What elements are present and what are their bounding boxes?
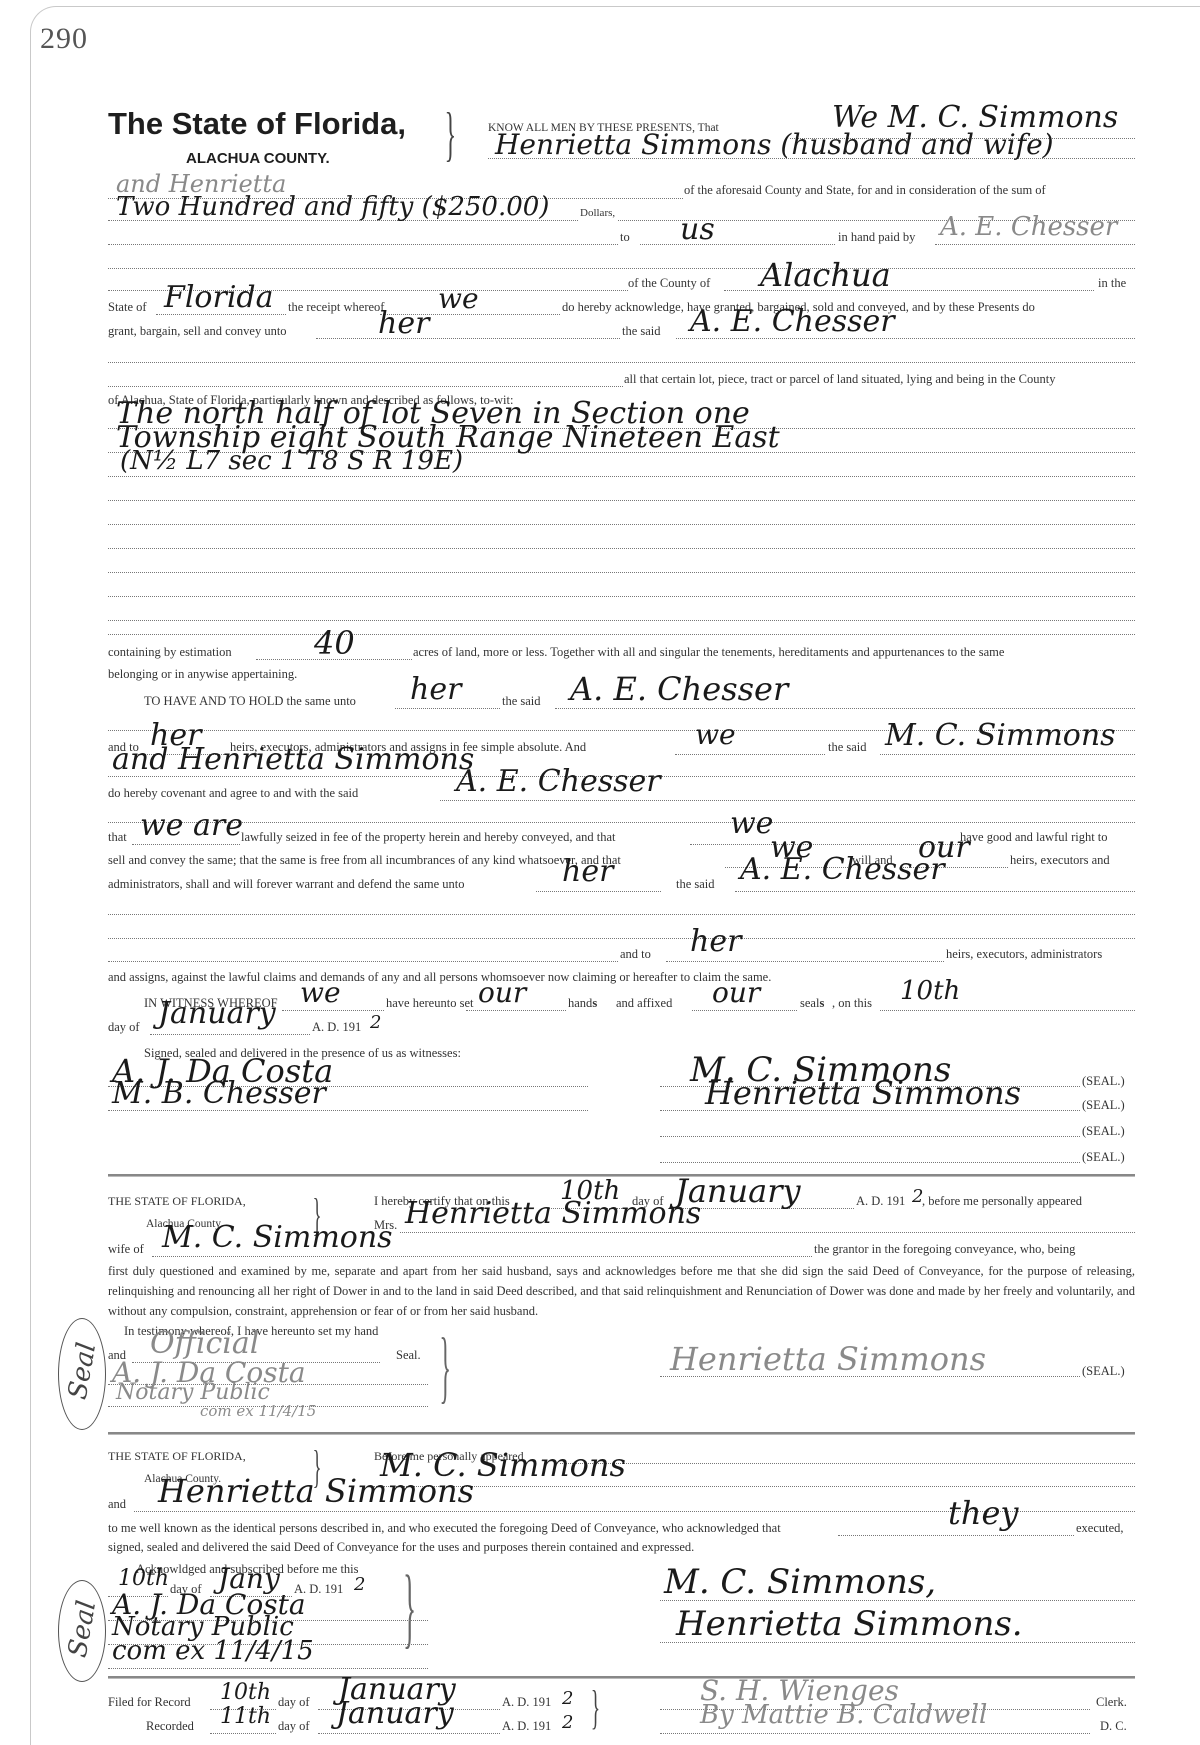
grantor-signature-2: Henrietta Simmons <box>705 1074 1021 1112</box>
deed-page: 290 The State of Florida, ALACHUA COUNTY… <box>0 0 1200 1745</box>
section-divider <box>108 1676 1135 1679</box>
fill-line <box>666 961 944 962</box>
fill-line <box>838 1535 1074 1536</box>
witness-month-value: January <box>158 996 276 1031</box>
fill-line <box>108 620 1135 621</box>
fill-line <box>400 1232 1135 1233</box>
deputy-clerk-signature: By Mattie B. Caldwell <box>700 1700 987 1730</box>
dc-label: D. C. <box>1100 1719 1127 1734</box>
filed-label: Filed for Record <box>108 1695 191 1710</box>
fill-line <box>692 1010 797 1011</box>
and-to-label-2: and to <box>620 947 651 962</box>
fill-line <box>560 1463 1135 1464</box>
affixed-value: our <box>712 976 760 1009</box>
ad-label: A. D. 191 <box>856 1194 905 1209</box>
ad-label: A. D. 191 <box>312 1020 361 1035</box>
of-aforesaid: of the aforesaid County and State, for a… <box>684 183 1046 198</box>
set-value: our <box>478 976 526 1009</box>
dollars-label: Dollars, <box>580 207 615 219</box>
section-divider <box>108 1174 1135 1177</box>
lawfully-text: lawfully seized in fee of the property h… <box>241 830 616 845</box>
joint-ack-state: THE STATE OF FLORIDA, <box>108 1449 246 1464</box>
recorded-label: Recorded <box>146 1719 194 1734</box>
day-of-label: day of <box>278 1719 310 1734</box>
clerk-label: Clerk. <box>1096 1695 1127 1710</box>
have-good-text: have good and lawful right to <box>960 830 1108 845</box>
fill-line <box>108 961 618 962</box>
administrators-text: administrators, shall and will forever w… <box>108 877 464 892</box>
signature-line <box>660 1136 1080 1137</box>
to-have-text: TO HAVE AND TO HOLD the same unto <box>144 694 356 709</box>
well-known-text: to me well known as the identical person… <box>108 1521 781 1536</box>
seal-label: (SEAL.) <box>1082 1124 1125 1139</box>
grantors-line2: Henrietta Simmons (husband and wife) <box>495 128 1054 161</box>
fill-line <box>640 244 835 245</box>
fill-line <box>132 844 240 845</box>
seal-label: (SEAL.) <box>1082 1150 1125 1165</box>
joint-signature-2: Henrietta Simmons. <box>676 1604 1023 1644</box>
witness-year-value: 2 <box>370 1012 381 1033</box>
covenant-text: do hereby covenant and agree to and with… <box>108 786 358 801</box>
section-divider <box>108 1432 1135 1435</box>
paid-by-value: A. E. Chesser <box>940 212 1117 242</box>
heirs-exec-text: heirs, executors and <box>1010 853 1110 868</box>
said2-value-cont: and Henrietta Simmons <box>112 742 474 777</box>
fill-line <box>108 244 618 245</box>
ad-label: A. D. 191 <box>502 1719 551 1734</box>
acres-text: acres of land, more or less. Together wi… <box>413 645 1004 660</box>
signature-line <box>660 1733 1090 1734</box>
in-the: in the <box>1098 276 1126 291</box>
recorded-month-value: January <box>336 1696 454 1731</box>
fill-line <box>108 524 1135 525</box>
to-label: to <box>620 230 630 245</box>
description-line-3: (N½ L7 sec 1 T8 S R 19E) <box>120 446 463 476</box>
grantor-text: the grantor in the foregoing conveyance,… <box>814 1242 1075 1257</box>
fill-line <box>316 338 620 339</box>
fill-line <box>395 708 500 709</box>
seals-label: seals <box>800 996 824 1011</box>
ad-label: A. D. 191 <box>502 1695 551 1710</box>
fill-line <box>318 1733 500 1734</box>
in-witness-value: we <box>300 976 341 1009</box>
joint-signature-1: M. C. Simmons, <box>664 1562 936 1602</box>
on-this: , on this <box>832 996 872 1011</box>
signed-sealed-text: signed, sealed and delivered the said De… <box>108 1540 694 1555</box>
consideration-amount: Two Hundred and fifty ($250.00) <box>116 192 549 222</box>
wife-of-value: M. C. Simmons <box>162 1220 393 1255</box>
signature-line <box>660 1162 1080 1163</box>
grant-unto-value: her <box>378 306 429 341</box>
seal-label: (SEAL.) <box>1082 1098 1125 1113</box>
fill-line <box>880 754 1135 755</box>
the-said: the said <box>622 324 661 339</box>
fill-line <box>108 476 1135 477</box>
containing-label: containing by estimation <box>108 645 232 660</box>
fill-line <box>880 1010 1135 1011</box>
that-label: that <box>108 830 127 845</box>
wife-ack-state: THE STATE OF FLORIDA, <box>108 1194 246 1209</box>
joint-year-value: 2 <box>354 1574 365 1595</box>
sell-convey-text: sell and convey the same; that the same … <box>108 853 621 868</box>
they-value: they <box>948 1494 1018 1532</box>
notary-commission: com ex 11/4/15 <box>200 1402 316 1420</box>
receipt-whereof: the receipt whereof <box>288 300 384 315</box>
and-label: and <box>108 1497 126 1512</box>
grantee-value: A. E. Chesser <box>690 304 895 339</box>
fill-line <box>108 822 1135 823</box>
wife-of-label: wife of <box>108 1242 144 1257</box>
day-of-label: day of <box>278 1695 310 1710</box>
before-me-text: , before me personally appeared <box>922 1194 1082 1209</box>
fill-line <box>152 1256 812 1257</box>
warranty-said-value: A. E. Chesser <box>740 852 945 887</box>
filed-year-value: 2 <box>562 1688 573 1709</box>
fill-line <box>108 596 1135 597</box>
to-value: us <box>680 212 715 247</box>
wife-ack-body: first duly questioned and examined by me… <box>108 1261 1135 1321</box>
grant-unto: grant, bargain, sell and convey unto <box>108 324 287 339</box>
fill-line <box>675 754 825 755</box>
mrs-value: Henrietta Simmons <box>405 1196 701 1231</box>
fill-line <box>108 268 1135 269</box>
fill-line <box>440 800 1135 801</box>
witness-2: M. B. Chesser <box>112 1076 326 1111</box>
person2-value: Henrietta Simmons <box>158 1472 474 1510</box>
and-assigns-text: and assigns, against the lawful claims a… <box>108 970 771 985</box>
state-value: Florida <box>164 280 274 315</box>
fill-line <box>555 708 1135 709</box>
have-hereunto: have hereunto set <box>386 996 473 1011</box>
county-value: Alachua <box>760 256 891 294</box>
fill-line <box>108 362 1135 363</box>
in-hand-paid-by: in hand paid by <box>838 230 915 245</box>
fill-line <box>150 1034 310 1035</box>
fill-line <box>108 386 623 387</box>
fill-line <box>735 891 1135 892</box>
state-title: The State of Florida, <box>108 106 406 142</box>
and-value: we <box>695 718 736 751</box>
fill-line <box>108 1668 428 1669</box>
and-to-value-2: her <box>690 924 741 959</box>
county-heading: ALACHUA COUNTY. <box>186 150 330 167</box>
page-number: 290 <box>40 22 88 56</box>
that-value: we are <box>140 808 243 843</box>
seal-label: (SEAL.) <box>1082 1364 1125 1379</box>
fill-line <box>108 572 1135 573</box>
fill-line <box>108 548 1135 549</box>
seal-label: (SEAL.) <box>1082 1074 1125 1089</box>
said2-value: M. C. Simmons <box>885 718 1116 753</box>
brace: } <box>445 104 457 164</box>
fill-line <box>108 634 1135 635</box>
fill-line <box>374 1486 1135 1487</box>
joint-notary-commission: com ex 11/4/15 <box>112 1636 314 1666</box>
hands-label: hands <box>568 996 597 1011</box>
state-of: State of <box>108 300 147 315</box>
lawfully-value: we <box>730 806 773 841</box>
the-said-3: the said <box>676 877 715 892</box>
fill-line <box>108 914 1135 915</box>
recorded-day-value: 11th <box>220 1704 271 1729</box>
and-affixed: and affixed <box>616 996 672 1011</box>
seal-word: Seal. <box>396 1348 421 1363</box>
said-value: A. E. Chesser <box>570 670 788 708</box>
acres-value: 40 <box>314 624 355 662</box>
heirs-exec-admin: heirs, executors, administrators <box>946 947 1102 962</box>
receipt-value: we <box>438 282 479 315</box>
of-county-of: of the County of <box>628 276 710 291</box>
the-said-2: the said <box>828 740 867 755</box>
admin-value: her <box>562 854 613 889</box>
fill-line <box>108 500 1135 501</box>
fill-line <box>108 938 1135 939</box>
the-said: the said <box>502 694 541 709</box>
covenant-value: A. E. Chesser <box>456 764 661 799</box>
fill-line <box>210 1733 276 1734</box>
recorded-year-value: 2 <box>562 1712 573 1733</box>
brace: } <box>591 1680 600 1735</box>
fill-line <box>935 244 1135 245</box>
fill-line <box>536 891 661 892</box>
wife-signature: Henrietta Simmons <box>670 1340 986 1378</box>
executed-label: executed, <box>1076 1521 1124 1536</box>
unto-value: her <box>410 672 461 707</box>
fill-line <box>282 1010 384 1011</box>
all-that-text: all that certain lot, piece, tract or pa… <box>624 372 1055 387</box>
belonging-text: belonging or in anywise appertaining. <box>108 667 297 682</box>
witness-day-value: 10th <box>900 976 960 1006</box>
brace: } <box>439 1322 451 1413</box>
fill-line <box>466 1010 566 1011</box>
day-of-label: day of <box>108 1020 140 1035</box>
filed-day-value: 10th <box>220 1680 271 1705</box>
